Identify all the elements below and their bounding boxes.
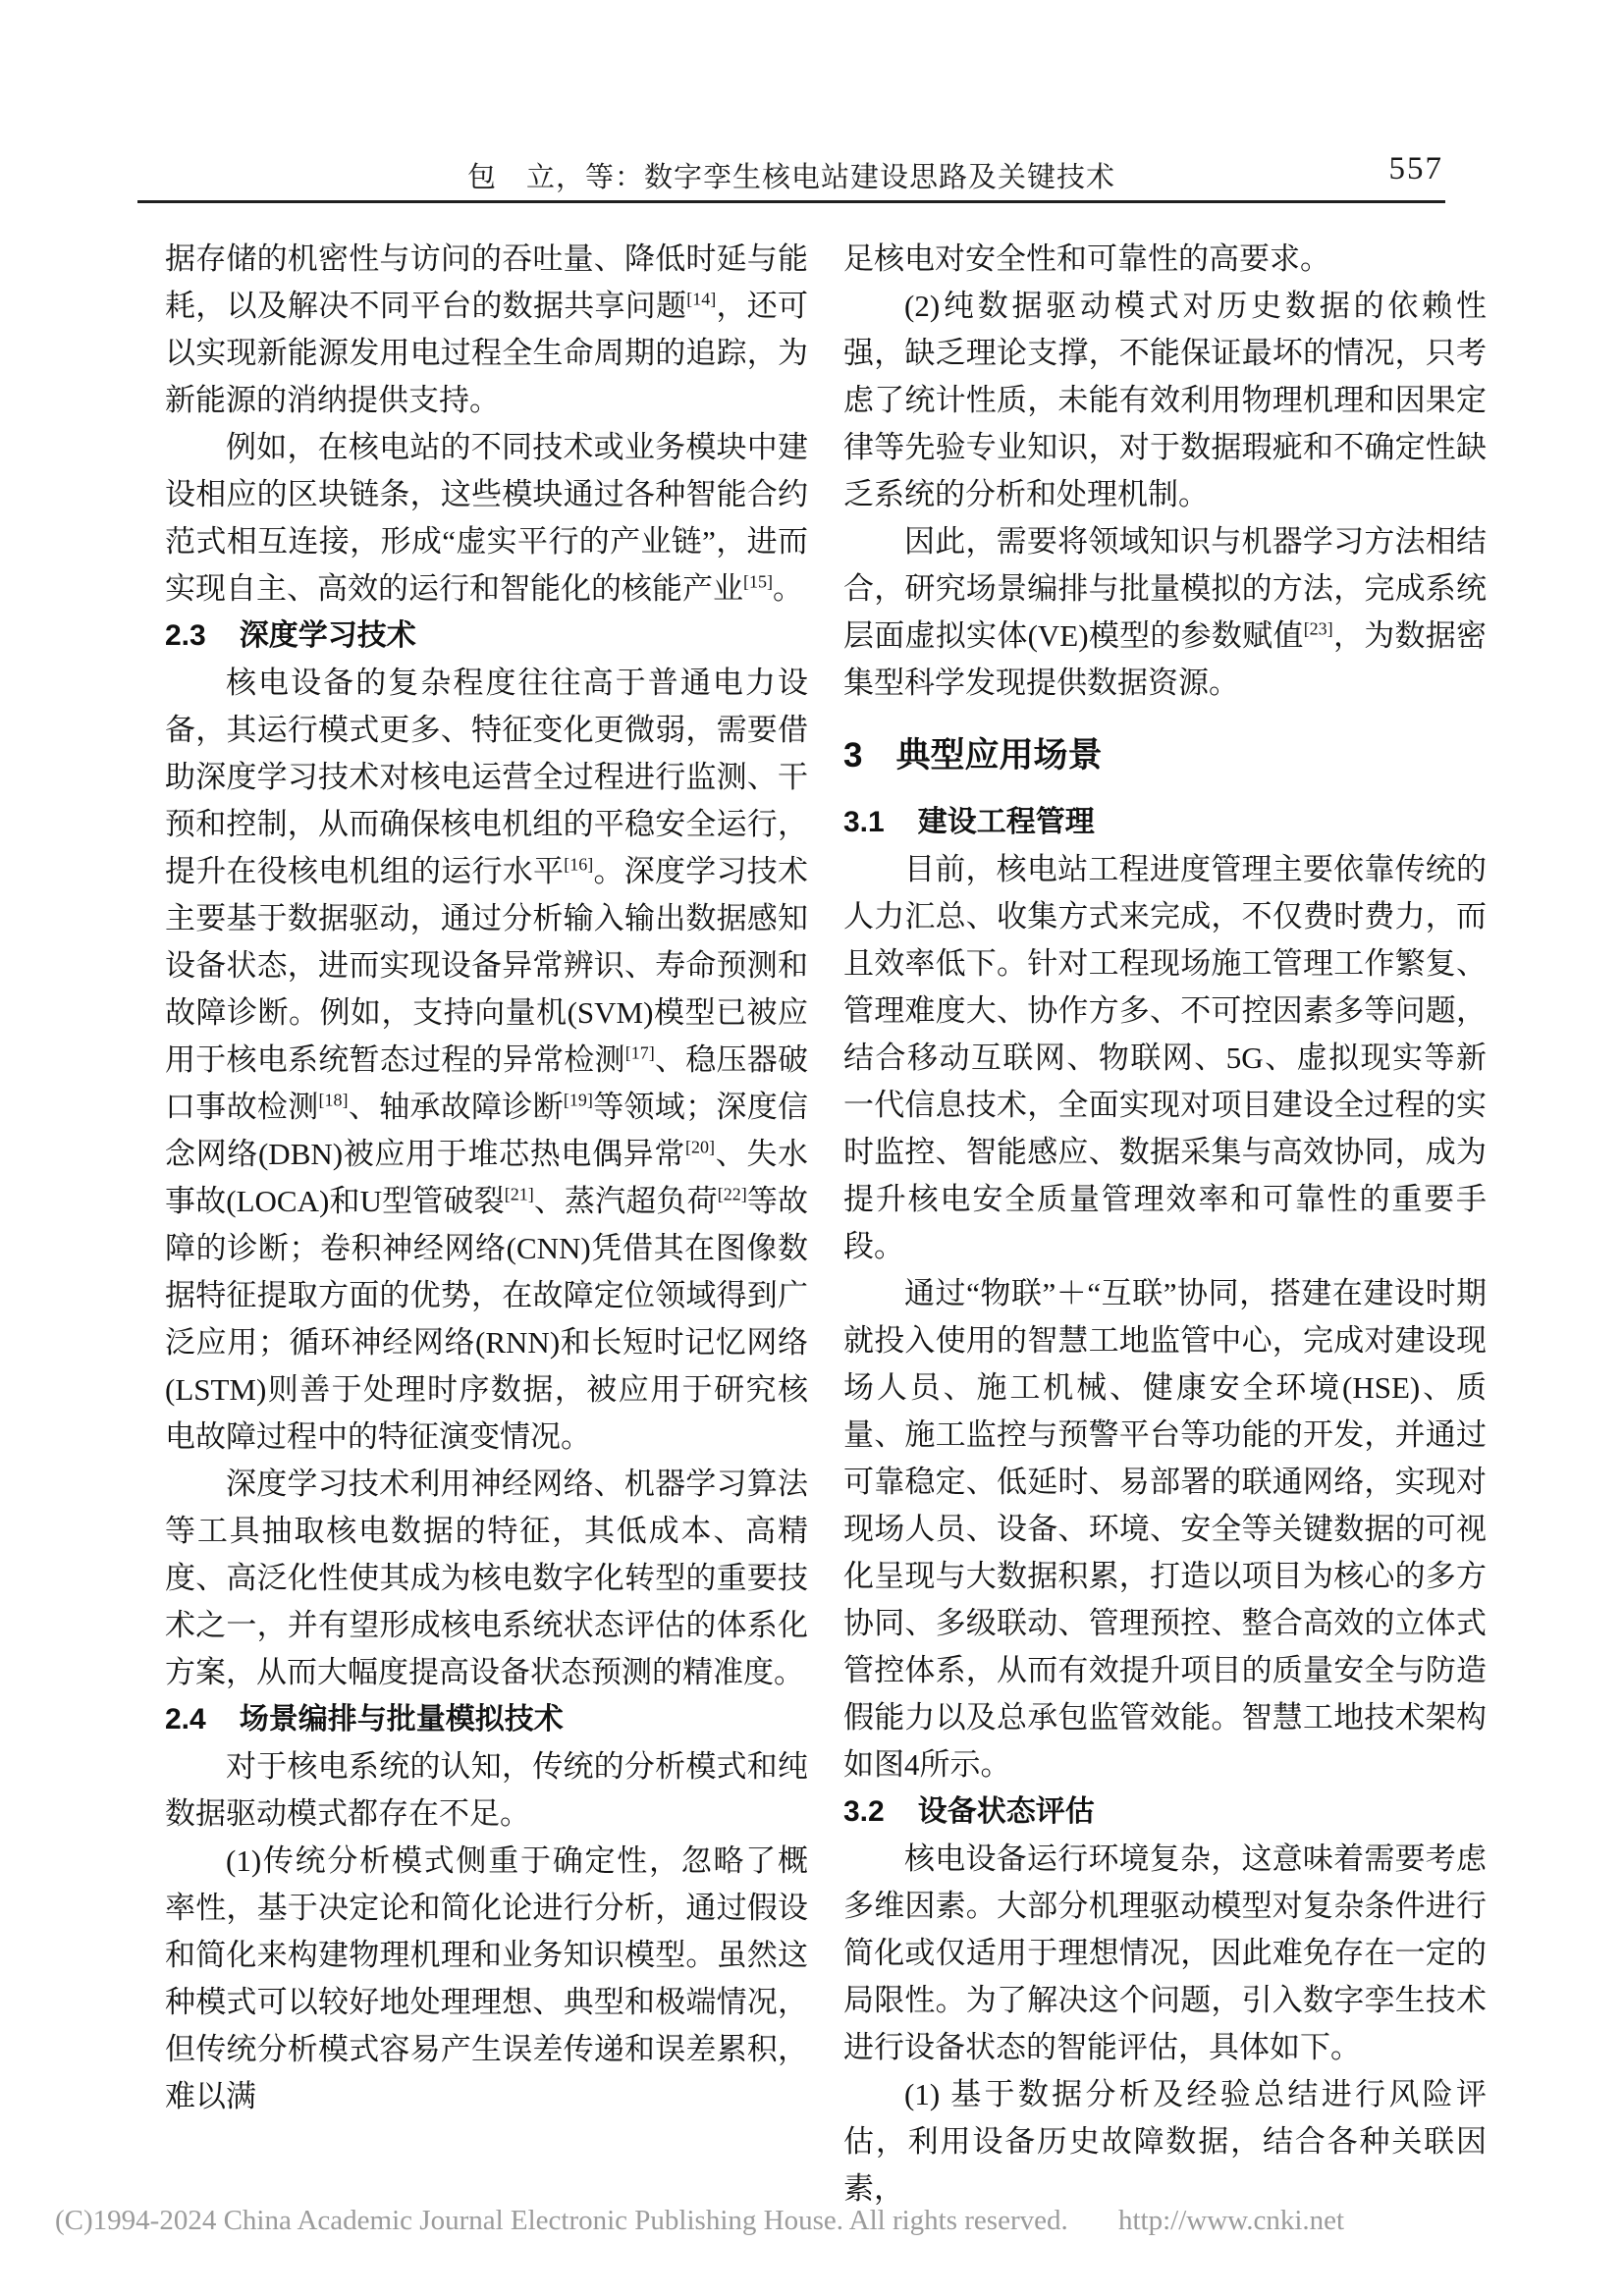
text-run: 通过“物联”＋“互联”协同，搭建在建设时期就投入使用的智慧工地监管中心，完成对建… [843, 1276, 1487, 1782]
column-right: 足核电对安全性和可靠性的高要求。(2)纯数据驱动模式对历史数据的依赖性强，缺乏理… [843, 236, 1487, 2213]
paragraph: 通过“物联”＋“互联”协同，搭建在建设时期就投入使用的智慧工地监管中心，完成对建… [843, 1270, 1487, 1789]
text-run: 据存储的机密性与访问的吞吐量、降低时延与能耗，以及解决不同平台的数据共享问题 [165, 241, 808, 323]
paragraph: 因此，需要将领域知识与机器学习方法相结合，研究场景编排与批量模拟的方法，完成系统… [843, 518, 1487, 707]
citation-ref: [22] [718, 1185, 747, 1204]
heading-title: 场景编排与批量模拟技术 [240, 1703, 564, 1735]
text-run: 。 [773, 571, 803, 606]
citation-ref: [16] [564, 855, 593, 875]
copyright-notice: (C)1994-2024 China Academic Journal Elec… [55, 2205, 1068, 2236]
citation-ref: [14] [686, 290, 716, 309]
heading-number: 3.1 [843, 806, 885, 838]
paragraph: (2)纯数据驱动模式对历史数据的依赖性强，缺乏理论支撑，不能保证最坏的情况，只考… [843, 283, 1487, 518]
citation-ref: [19] [564, 1091, 593, 1110]
section-heading-2-3: 2.3深度学习技术 [165, 613, 808, 660]
text-run: 等故障的诊断；卷积神经网络(CNN)凭借其在图像数据特征提取方面的优势，在故障定… [165, 1184, 808, 1454]
publisher-url: http://www.cnki.net [1118, 2205, 1344, 2236]
citation-ref: [20] [685, 1138, 715, 1157]
citation-ref: [18] [319, 1091, 349, 1110]
header-rule [137, 200, 1445, 203]
heading-number: 3 [843, 736, 862, 774]
citation-ref: [17] [625, 1043, 655, 1063]
text-run: (2)纯数据驱动模式对历史数据的依赖性强，缺乏理论支撑，不能保证最坏的情况，只考… [843, 289, 1487, 511]
paragraph: 核电设备的复杂程度往往高于普通电力设备，其运行模式更多、特征变化更微弱，需要借助… [165, 660, 808, 1461]
text-run: 目前，核电站工程进度管理主要依靠传统的人力汇总、收集方式来完成，不仅费时费力，而… [843, 852, 1487, 1263]
text-run: (1)传统分析模式侧重于确定性，忽略了概率性，基于决定论和简化论进行分析，通过假… [165, 1843, 808, 2113]
text-run: 足核电对安全性和可靠性的高要求。 [843, 241, 1330, 276]
column-left: 据存储的机密性与访问的吞吐量、降低时延与能耗，以及解决不同平台的数据共享问题[1… [165, 236, 808, 2213]
page: { "colors": { "ink": "#141414", "rule": … [0, 0, 1624, 2296]
paragraph: 据存储的机密性与访问的吞吐量、降低时延与能耗，以及解决不同平台的数据共享问题[1… [165, 236, 808, 424]
text-run: 、蒸汽超负荷 [534, 1184, 718, 1218]
citation-ref: [23] [1304, 619, 1333, 639]
page-footer: (C)1994-2024 China Academic Journal Elec… [55, 2205, 1587, 2237]
section-heading-2-4: 2.4场景编排与批量模拟技术 [165, 1696, 808, 1743]
running-title: 包 立，等：数字孪生核电站建设思路及关键技术 [137, 155, 1445, 195]
paragraph: 核电设备运行环境复杂，这意味着需要考虑多维因素。大部分机理驱动模型对复杂条件进行… [843, 1836, 1487, 2071]
citation-ref: [21] [505, 1185, 534, 1204]
paragraph: 例如，在核电站的不同技术或业务模块中建设相应的区块链条，这些模块通过各种智能合约… [165, 424, 808, 613]
heading-number: 2.4 [165, 1703, 206, 1735]
paragraph: 目前，核电站工程进度管理主要依靠传统的人力汇总、收集方式来完成，不仅费时费力，而… [843, 846, 1487, 1270]
section-heading-3-2: 3.2设备状态评估 [843, 1789, 1487, 1836]
text-run: (1) 基于数据分析及经验总结进行风险评估，利用设备历史故障数据，结合各种关联因… [843, 2077, 1487, 2206]
heading-title: 建设工程管理 [918, 806, 1095, 838]
heading-number: 2.3 [165, 619, 206, 652]
text-run: 、轴承故障诊断 [349, 1090, 564, 1124]
text-run: 核电设备运行环境复杂，这意味着需要考虑多维因素。大部分机理驱动模型对复杂条件进行… [843, 1842, 1487, 2064]
page-number: 557 [1389, 151, 1444, 187]
article-body: 据存储的机密性与访问的吞吐量、降低时延与能耗，以及解决不同平台的数据共享问题[1… [165, 236, 1487, 2213]
paragraph: 深度学习技术利用神经网络、机器学习算法等工具抽取核电数据的特征，其低成本、高精度… [165, 1461, 808, 1696]
text-run: 例如，在核电站的不同技术或业务模块中建设相应的区块链条，这些模块通过各种智能合约… [165, 430, 808, 606]
citation-ref: [15] [743, 572, 773, 592]
heading-title: 设备状态评估 [918, 1795, 1095, 1828]
heading-title: 深度学习技术 [240, 619, 416, 652]
paragraph: 对于核电系统的认知，传统的分析模式和纯数据驱动模式都存在不足。 [165, 1743, 808, 1838]
page-header: 包 立，等：数字孪生核电站建设思路及关键技术 557 [137, 155, 1445, 200]
section-heading-3: 3典型应用场景 [843, 730, 1487, 781]
text-run: 深度学习技术利用神经网络、机器学习算法等工具抽取核电数据的特征，其低成本、高精度… [165, 1467, 808, 1689]
paragraph: 足核电对安全性和可靠性的高要求。 [843, 236, 1487, 283]
heading-number: 3.2 [843, 1795, 885, 1828]
text-run: 对于核电系统的认知，传统的分析模式和纯数据驱动模式都存在不足。 [165, 1749, 808, 1831]
paragraph: (1)传统分析模式侧重于确定性，忽略了概率性，基于决定论和简化论进行分析，通过假… [165, 1838, 808, 2120]
heading-title: 典型应用场景 [895, 736, 1102, 774]
paragraph: (1) 基于数据分析及经验总结进行风险评估，利用设备历史故障数据，结合各种关联因… [843, 2071, 1487, 2213]
section-heading-3-1: 3.1建设工程管理 [843, 799, 1487, 846]
